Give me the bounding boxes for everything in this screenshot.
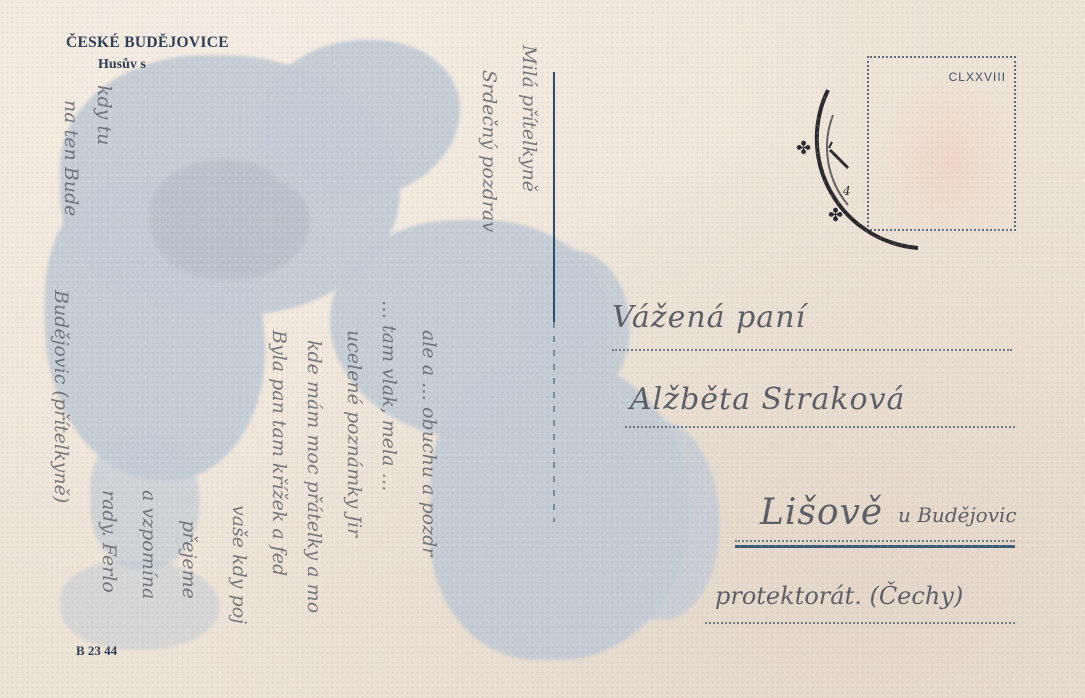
- message-column: Srdečný pozdrav: [478, 70, 500, 232]
- address-city: Lišově: [760, 492, 883, 533]
- message-column: přejeme: [178, 520, 200, 599]
- publisher-subtitle: Husův s: [98, 57, 146, 73]
- address-region: protektorát. (Čechy): [715, 582, 963, 610]
- message-column: Milá přítelkyně: [518, 45, 540, 192]
- message-column: ale a … obuchu a pozdr: [418, 330, 440, 556]
- address-line: [705, 622, 1015, 624]
- address-line: [735, 540, 1015, 542]
- message-column: a vzpomína: [138, 490, 160, 599]
- address-line: [612, 349, 1012, 351]
- message-column: kde mám moc přátelky a mo: [303, 340, 325, 613]
- message-column: kdy tu: [93, 85, 115, 145]
- message-column: rady. Ferlo: [98, 490, 120, 593]
- paper-stain: [260, 40, 460, 200]
- divider-line: [553, 72, 555, 322]
- address-line: [625, 426, 1015, 428]
- postmark-icon: [788, 70, 1038, 250]
- postmark-mark: ✤: [828, 205, 843, 226]
- divider-line: [553, 322, 555, 522]
- publisher-title: ČESKÉ BUDĚJOVICE: [66, 34, 229, 52]
- message-column: Byla pan tam křížek a fed: [268, 330, 290, 576]
- message-column: Budějovic (přítelkyně): [50, 290, 72, 503]
- message-column: ucelené poznámky Jir: [343, 330, 365, 537]
- postcard-back: ČESKÉ BUDĚJOVICE Husův s B 23 44 Milá př…: [0, 0, 1085, 698]
- message-column: … tam vlak, mela …: [378, 300, 400, 492]
- postmark-mark: ✤: [796, 138, 811, 159]
- address-salutation: Vážená paní: [612, 300, 806, 335]
- address-recipient: Alžběta Straková: [630, 382, 905, 417]
- message-column: vaše kdy poj: [228, 505, 250, 624]
- message-column: na ten Bude: [60, 100, 82, 216]
- print-code: B 23 44: [76, 643, 117, 659]
- address-line: [735, 545, 1015, 548]
- postmark-digit: 4: [843, 184, 851, 198]
- paper-stain: [600, 420, 720, 620]
- address-city-suffix: u Budějovic: [898, 503, 1017, 527]
